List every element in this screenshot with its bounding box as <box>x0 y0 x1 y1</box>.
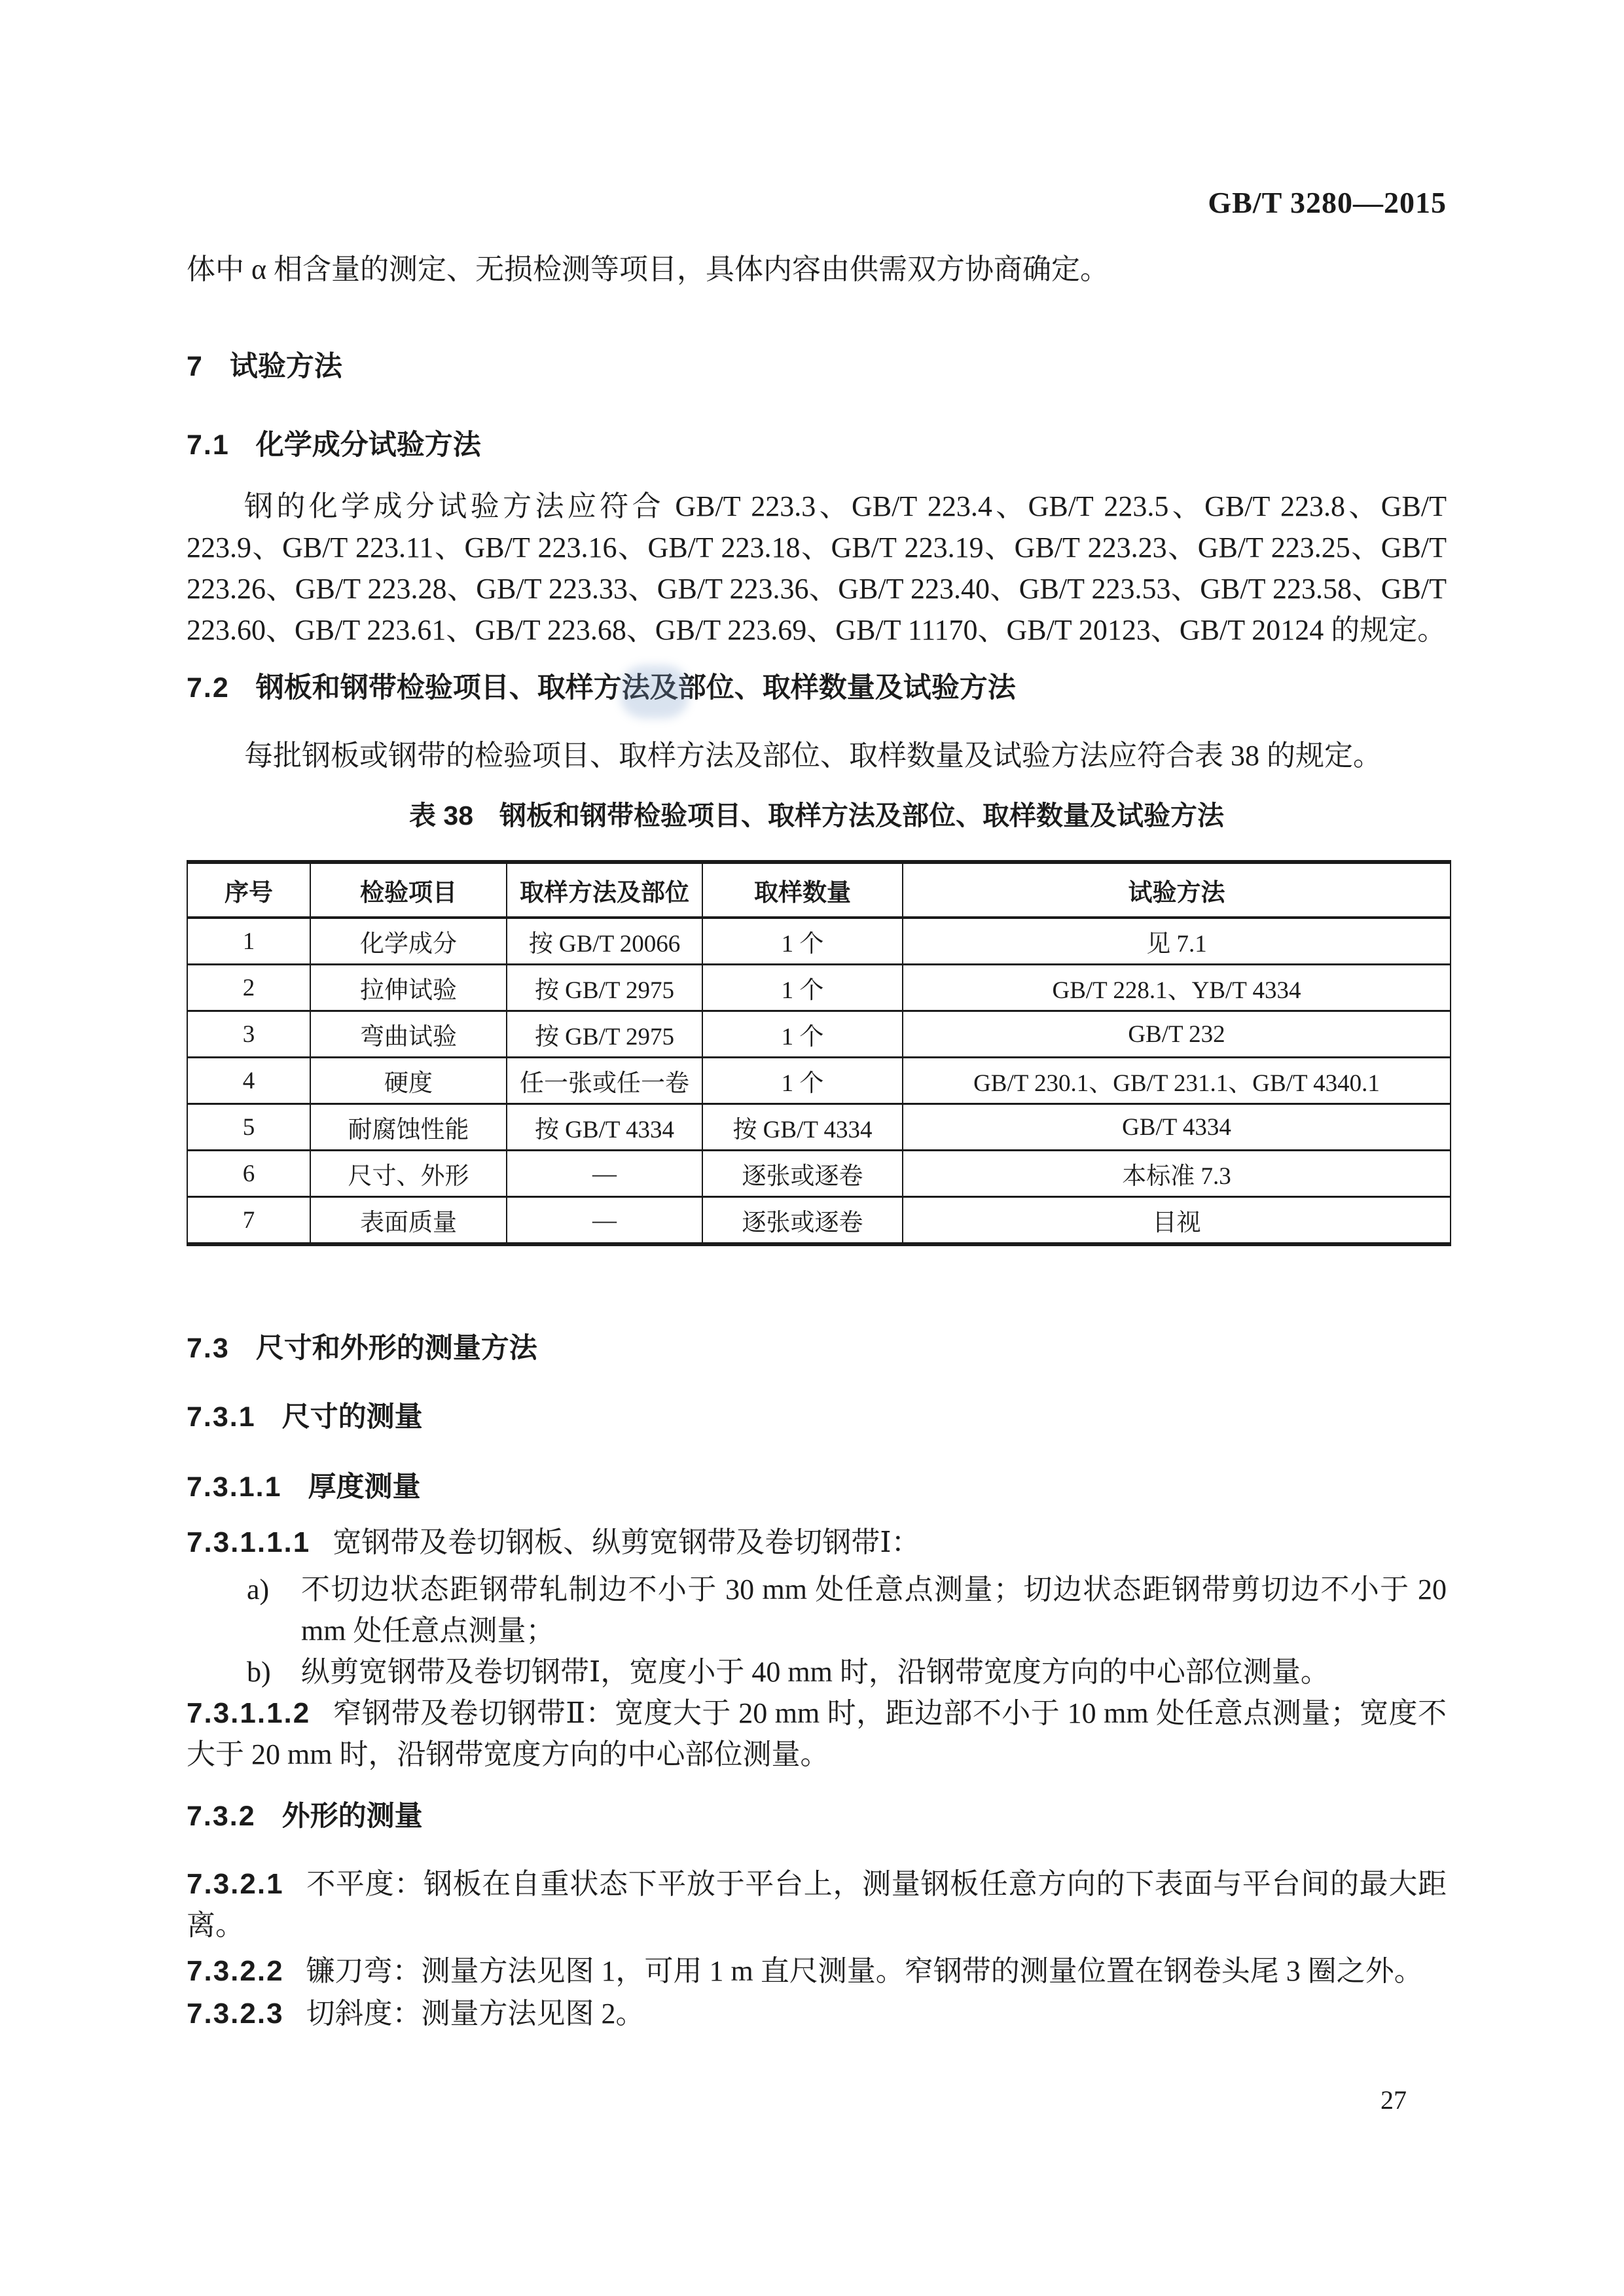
table-cell: 本标准 7.3 <box>903 1151 1451 1197</box>
clause-7-3-1-1-1-number: 7.3.1.1.1 <box>187 1526 310 1558</box>
table-row: 6 尺寸、外形 — 逐张或逐卷 本标准 7.3 <box>187 1151 1451 1197</box>
section-7-2-body: 每批钢板或钢带的检验项目、取样方法及部位、取样数量及试验方法应符合表 38 的规… <box>187 735 1447 776</box>
section-7-number: 7 <box>187 351 204 382</box>
table-cell: — <box>507 1197 702 1245</box>
table-header-cell: 取样数量 <box>702 862 903 918</box>
section-7-3-number: 7.3 <box>187 1333 230 1364</box>
section-7-3-2-title: 外形的测量 <box>282 1801 423 1832</box>
table-38: 序号 检验项目 取样方法及部位 取样数量 试验方法 1 化学成分 按 GB/T … <box>187 860 1451 1246</box>
table-cell: 见 7.1 <box>903 918 1451 965</box>
table-38-caption-label: 表 38 <box>409 800 473 831</box>
table-row: 5 耐腐蚀性能 按 GB/T 4334 按 GB/T 4334 GB/T 433… <box>187 1104 1451 1151</box>
section-7-3-1-number: 7.3.1 <box>187 1401 256 1433</box>
table-header-cell: 取样方法及部位 <box>507 862 702 918</box>
section-7-3-1-1-heading: 7.3.1.1厚度测量 <box>187 1469 1447 1505</box>
table-cell: 4 <box>187 1058 310 1104</box>
section-7-3-1-title: 尺寸的测量 <box>282 1401 423 1433</box>
clause-7-3-1-1-2: 7.3.1.1.2窄钢带及卷切钢带Ⅱ：宽度大于 20 mm 时，距边部不小于 1… <box>187 1693 1447 1775</box>
table-cell: 逐张或逐卷 <box>702 1151 903 1197</box>
table-cell: 1 个 <box>702 918 903 965</box>
table-cell: 尺寸、外形 <box>310 1151 507 1197</box>
table-cell: 弯曲试验 <box>310 1011 507 1058</box>
table-cell: 1 <box>187 918 310 965</box>
section-7-title: 试验方法 <box>230 351 342 382</box>
list-item-b: b) 纵剪宽钢带及卷切钢带Ⅰ，宽度小于 40 mm 时，沿钢带宽度方向的中心部位… <box>187 1651 1447 1693</box>
table-cell: 1 个 <box>702 1058 903 1104</box>
table-cell: 按 GB/T 20066 <box>507 918 702 965</box>
table-row: 7 表面质量 — 逐张或逐卷 目视 <box>187 1197 1451 1245</box>
table-row: 4 硬度 任一张或任一卷 1 个 GB/T 230.1、GB/T 231.1、G… <box>187 1058 1451 1104</box>
section-7-3-2-heading: 7.3.2外形的测量 <box>187 1798 1447 1835</box>
table-cell: 拉伸试验 <box>310 965 507 1011</box>
table-header-cell: 序号 <box>187 862 310 918</box>
clause-7-3-2-1-number: 7.3.2.1 <box>187 1868 284 1900</box>
table-cell: 6 <box>187 1151 310 1197</box>
table-cell: 7 <box>187 1197 310 1245</box>
page-number: 27 <box>1380 2085 1407 2116</box>
section-7-1-body: 钢的化学成分试验方法应符合 GB/T 223.3、GB/T 223.4、GB/T… <box>187 486 1447 651</box>
section-7-3-title: 尺寸和外形的测量方法 <box>256 1333 537 1364</box>
table-cell: 按 GB/T 4334 <box>507 1104 702 1151</box>
table-cell: — <box>507 1151 702 1197</box>
clause-7-3-2-3: 7.3.2.3切斜度：测量方法见图 2。 <box>187 1993 1447 2034</box>
table-row: 2 拉伸试验 按 GB/T 2975 1 个 GB/T 228.1、YB/T 4… <box>187 965 1451 1011</box>
watermark-stain <box>621 665 689 719</box>
table-cell: 1 个 <box>702 965 903 1011</box>
table-cell: 硬度 <box>310 1058 507 1104</box>
table-cell: 按 GB/T 2975 <box>507 965 702 1011</box>
section-7-1-number: 7.1 <box>187 429 230 461</box>
table-cell: 3 <box>187 1011 310 1058</box>
table-cell: 目视 <box>903 1197 1451 1245</box>
table-header-cell: 检验项目 <box>310 862 507 918</box>
table-38-caption-title: 钢板和钢带检验项目、取样方法及部位、取样数量及试验方法 <box>499 800 1224 831</box>
table-cell: 5 <box>187 1104 310 1151</box>
table-cell: GB/T 228.1、YB/T 4334 <box>903 965 1451 1011</box>
section-7-3-1-1-number: 7.3.1.1 <box>187 1471 282 1503</box>
list-item-b-marker: b) <box>247 1651 271 1693</box>
table-cell: 化学成分 <box>310 918 507 965</box>
clause-7-3-1-1-2-number: 7.3.1.1.2 <box>187 1697 310 1729</box>
table-cell: 1 个 <box>702 1011 903 1058</box>
table-cell: 任一张或任一卷 <box>507 1058 702 1104</box>
table-cell: GB/T 4334 <box>903 1104 1451 1151</box>
clause-7-3-2-3-number: 7.3.2.3 <box>187 1998 284 2030</box>
section-7-2-number: 7.2 <box>187 672 230 704</box>
table-cell: GB/T 232 <box>903 1011 1451 1058</box>
table-cell: 表面质量 <box>310 1197 507 1245</box>
clause-7-3-2-2-number: 7.3.2.2 <box>187 1955 284 1987</box>
section-7-2-heading: 7.2钢板和钢带检验项目、取样方法及部位、取样数量及试验方法 <box>187 670 1447 706</box>
table-cell: 2 <box>187 965 310 1011</box>
section-7-3-2-number: 7.3.2 <box>187 1801 256 1832</box>
clause-7-3-2-3-text: 切斜度：测量方法见图 2。 <box>306 1998 645 2030</box>
clause-7-3-1-1-1: 7.3.1.1.1宽钢带及卷切钢板、纵剪宽钢带及卷切钢带Ⅰ： <box>187 1522 1447 1563</box>
clause-7-3-1-1-2-text: 窄钢带及卷切钢带Ⅱ：宽度大于 20 mm 时，距边部不小于 10 mm 处任意点… <box>187 1697 1447 1770</box>
clause-7-3-2-1: 7.3.2.1不平度：钢板在自重状态下平放于平台上，测量钢板任意方向的下表面与平… <box>187 1863 1447 1946</box>
list-item-a-text: 不切边状态距钢带轧制边不小于 30 mm 处任意点测量；切边状态距钢带剪切边不小… <box>301 1573 1447 1647</box>
document-page: GB/T 3280—2015 体中 α 相含量的测定、无损检测等项目，具体内容由… <box>0 0 1624 2296</box>
intro-paragraph: 体中 α 相含量的测定、无损检测等项目，具体内容由供需双方协商确定。 <box>187 249 1447 290</box>
list-item-a-marker: a) <box>247 1569 269 1610</box>
section-7-3-1-heading: 7.3.1尺寸的测量 <box>187 1399 1447 1435</box>
table-header-cell: 试验方法 <box>903 862 1451 918</box>
list-item-b-text: 纵剪宽钢带及卷切钢带Ⅰ，宽度小于 40 mm 时，沿钢带宽度方向的中心部位测量。 <box>301 1656 1329 1688</box>
section-7-3-1-1-title: 厚度测量 <box>308 1471 421 1503</box>
table-cell: 按 GB/T 2975 <box>507 1011 702 1058</box>
table-row: 1 化学成分 按 GB/T 20066 1 个 见 7.1 <box>187 918 1451 965</box>
table-cell: GB/T 230.1、GB/T 231.1、GB/T 4340.1 <box>903 1058 1451 1104</box>
section-7-3-heading: 7.3尺寸和外形的测量方法 <box>187 1330 1447 1367</box>
section-7-heading: 7试验方法 <box>187 348 1447 385</box>
doc-number: GB/T 3280—2015 <box>187 0 1447 221</box>
table-row: 3 弯曲试验 按 GB/T 2975 1 个 GB/T 232 <box>187 1011 1451 1058</box>
section-7-1-heading: 7.1化学成分试验方法 <box>187 427 1447 463</box>
table-cell: 耐腐蚀性能 <box>310 1104 507 1151</box>
table-header-row: 序号 检验项目 取样方法及部位 取样数量 试验方法 <box>187 862 1451 918</box>
clause-7-3-2-2: 7.3.2.2镰刀弯：测量方法见图 1，可用 1 m 直尺测量。窄钢带的测量位置… <box>187 1950 1447 1992</box>
list-item-a: a) 不切边状态距钢带轧制边不小于 30 mm 处任意点测量；切边状态距钢带剪切… <box>187 1569 1447 1651</box>
table-38-caption: 表 38钢板和钢带检验项目、取样方法及部位、取样数量及试验方法 <box>187 797 1447 834</box>
table-cell: 按 GB/T 4334 <box>702 1104 903 1151</box>
clause-7-3-2-1-text: 不平度：钢板在自重状态下平放于平台上，测量钢板任意方向的下表面与平台间的最大距离… <box>187 1868 1447 1941</box>
page-content: GB/T 3280—2015 体中 α 相含量的测定、无损检测等项目，具体内容由… <box>0 0 1624 2034</box>
clause-7-3-1-1-1-text: 宽钢带及卷切钢板、纵剪宽钢带及卷切钢带Ⅰ： <box>333 1526 920 1558</box>
section-7-1-title: 化学成分试验方法 <box>256 429 481 461</box>
clause-7-3-2-2-text: 镰刀弯：测量方法见图 1，可用 1 m 直尺测量。窄钢带的测量位置在钢卷头尾 3… <box>306 1955 1423 1987</box>
table-cell: 逐张或逐卷 <box>702 1197 903 1245</box>
